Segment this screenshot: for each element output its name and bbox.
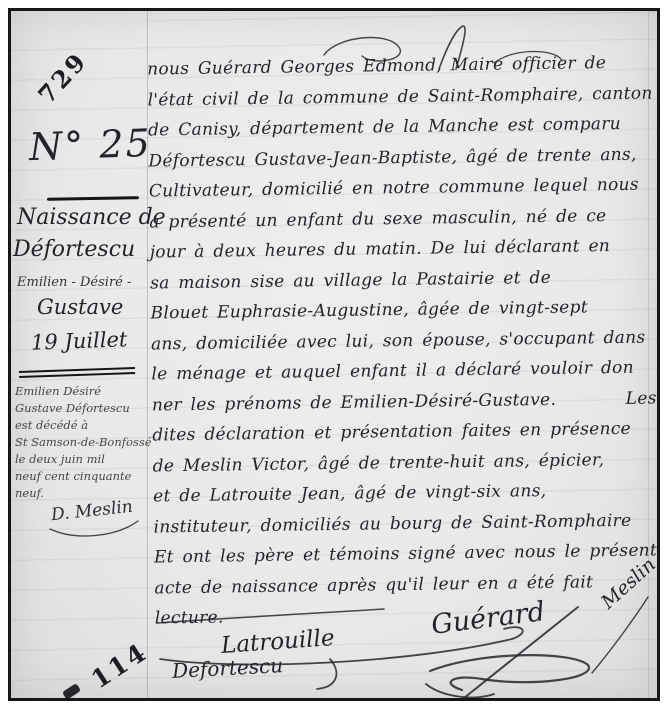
margin-double-divider — [19, 367, 135, 378]
margin-death-note-line: Emilien Désiré — [15, 383, 153, 400]
margin-divider — [47, 196, 139, 201]
margin-date-line: 19 Juillet — [31, 327, 128, 354]
margin-death-note-line: neuf cent cinquante — [15, 468, 153, 485]
margin-title-line: Gustave — [37, 295, 123, 319]
margin-death-note-line: le deux juin mil — [15, 451, 153, 468]
act-number: N° 25 — [28, 121, 152, 169]
act-body-text: nous Guérard Georges Edmond, Maire offic… — [147, 48, 655, 634]
scanned-document: 729 N° 25 Naissance de Défortescu Emilie… — [0, 0, 669, 712]
margin-death-note-line: neuf. — [15, 485, 153, 502]
margin-death-note-line: est décédé à — [15, 417, 153, 434]
page-number-stamp-top: 729 — [32, 46, 93, 109]
margin-title-line: Défortescu — [13, 237, 135, 262]
page-number-stamp-bottom: 114 — [86, 637, 153, 695]
document-page: 729 N° 25 Naissance de Défortescu Emilie… — [8, 8, 660, 701]
ink-mark — [62, 683, 81, 700]
margin-title-line: Naissance de — [17, 205, 166, 230]
margin-death-note-line: St Samson-de-Bonfossé — [15, 434, 153, 451]
margin-death-note-line: Gustave Défortescu — [15, 400, 153, 417]
margin-title-line: Emilien - Désiré - — [17, 275, 131, 290]
margin-death-note: Emilien Désiré Gustave Défortescu est dé… — [15, 383, 153, 502]
signature-defortescu: Defortescu — [171, 653, 283, 683]
